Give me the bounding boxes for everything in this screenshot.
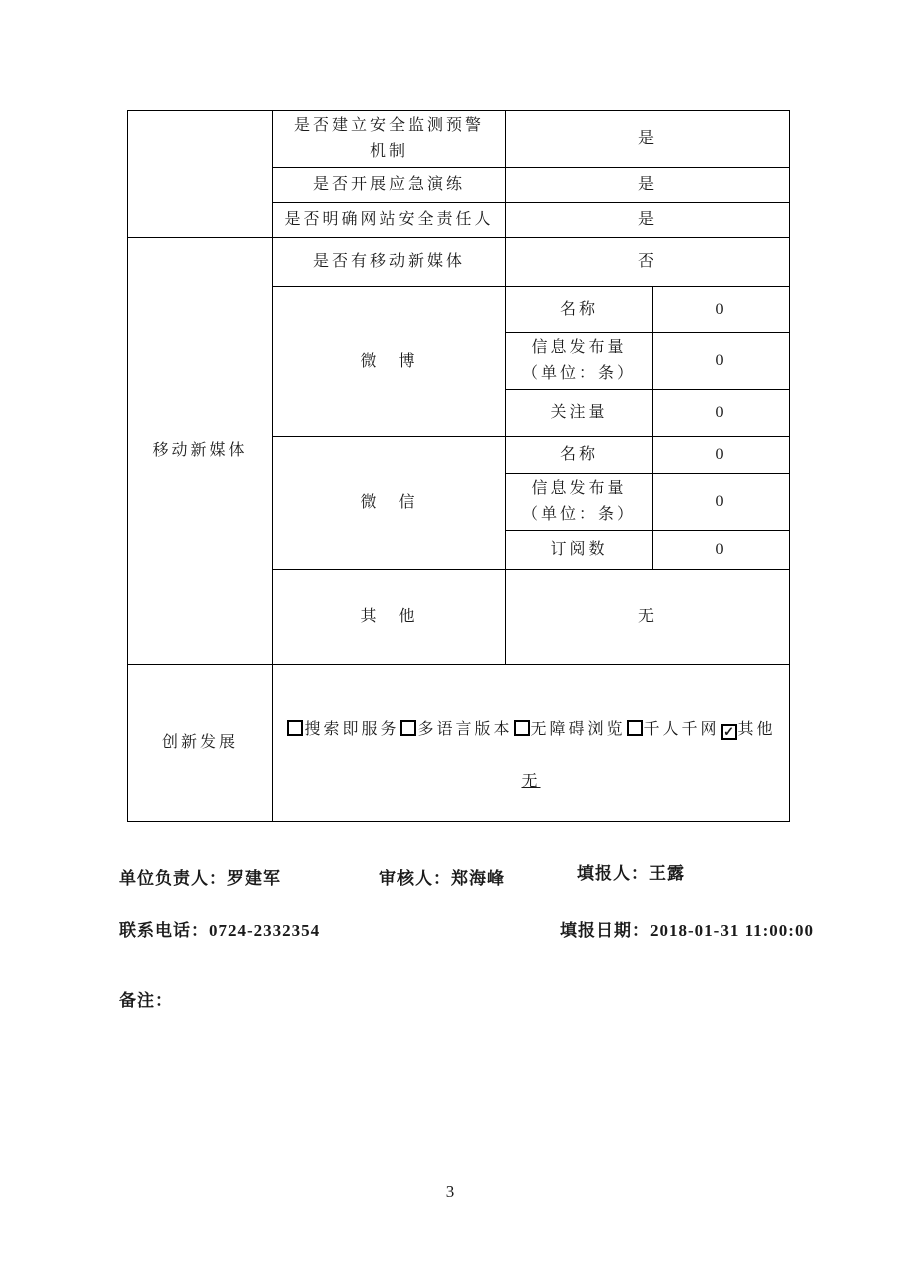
report-date-label: 填报日期： bbox=[560, 921, 650, 940]
weibo-name-label: 名称 bbox=[506, 287, 653, 333]
checkbox-label: 无障碍浏览 bbox=[531, 721, 626, 738]
wechat-subscribers-value: 0 bbox=[653, 531, 790, 570]
checkbox-personalized-web[interactable] bbox=[627, 720, 643, 736]
weibo-name-value: 0 bbox=[653, 287, 790, 333]
security-officer-label: 是否明确网站安全责任人 bbox=[273, 203, 506, 238]
wechat-name-label: 名称 bbox=[506, 437, 653, 474]
phone-value: 0724-2332354 bbox=[209, 921, 320, 940]
weibo-followers-label: 关注量 bbox=[506, 390, 653, 437]
filler-field: 填报人：王露 bbox=[577, 859, 685, 884]
other-media-label: 其 他 bbox=[273, 570, 506, 665]
remarks-field: 备注： bbox=[119, 986, 173, 1011]
unit-head-field: 单位负责人：罗建军 bbox=[119, 864, 281, 889]
phone-label: 联系电话： bbox=[119, 921, 209, 940]
checkbox-label: 搜索即服务 bbox=[304, 721, 399, 738]
unit-head-label: 单位负责人： bbox=[119, 869, 227, 888]
checkbox-label: 其他 bbox=[738, 721, 776, 738]
reviewer-label: 审核人： bbox=[379, 869, 451, 888]
has-mobile-media-label: 是否有移动新媒体 bbox=[273, 238, 506, 287]
checkbox-accessibility[interactable] bbox=[514, 720, 530, 736]
report-date-value: 2018-01-31 11:00:00 bbox=[650, 921, 814, 940]
wechat-label: 微 信 bbox=[273, 437, 506, 570]
wechat-subscribers-label: 订阅数 bbox=[506, 531, 653, 570]
checkbox-multilingual[interactable] bbox=[400, 720, 416, 736]
filler-value: 王露 bbox=[649, 864, 685, 883]
checkbox-label: 多语言版本 bbox=[417, 721, 512, 738]
other-media-value: 无 bbox=[506, 570, 790, 665]
phone-field: 联系电话：0724-2332354 bbox=[119, 916, 320, 941]
table-row: 创新发展 搜索即服务多语言版本无障碍浏览千人千网✓其他 无 bbox=[128, 665, 790, 822]
report-form-table: 是否建立安全监测预警 机制 是 是否开展应急演练 是 是否明确网站安全责任人 是… bbox=[127, 110, 790, 822]
security-monitor-value: 是 bbox=[506, 111, 790, 168]
section-label-empty bbox=[128, 111, 273, 238]
report-date-field: 填报日期：2018-01-31 11:00:00 bbox=[560, 916, 814, 941]
security-monitor-label: 是否建立安全监测预警 机制 bbox=[273, 111, 506, 168]
mobile-media-section-label: 移动新媒体 bbox=[128, 238, 273, 665]
unit-head-value: 罗建军 bbox=[227, 869, 281, 888]
innovation-options-cell: 搜索即服务多语言版本无障碍浏览千人千网✓其他 无 bbox=[273, 665, 790, 822]
weibo-posts-value: 0 bbox=[653, 333, 790, 390]
reviewer-field: 审核人：郑海峰 bbox=[379, 864, 505, 889]
weibo-posts-label: 信息发布量 （单位：条） bbox=[506, 333, 653, 390]
filler-label: 填报人： bbox=[577, 864, 649, 883]
has-mobile-media-value: 否 bbox=[506, 238, 790, 287]
wechat-posts-label: 信息发布量 （单位：条） bbox=[506, 474, 653, 531]
wechat-posts-value: 0 bbox=[653, 474, 790, 531]
wechat-name-value: 0 bbox=[653, 437, 790, 474]
emergency-drill-label: 是否开展应急演练 bbox=[273, 168, 506, 203]
checkbox-search-as-service[interactable] bbox=[287, 720, 303, 736]
checkbox-other[interactable]: ✓ bbox=[721, 724, 737, 740]
emergency-drill-value: 是 bbox=[506, 168, 790, 203]
document-page: 是否建立安全监测预警 机制 是 是否开展应急演练 是 是否明确网站安全责任人 是… bbox=[0, 0, 900, 1272]
weibo-label: 微 博 bbox=[273, 287, 506, 437]
table-row: 是否建立安全监测预警 机制 是 bbox=[128, 111, 790, 168]
security-officer-value: 是 bbox=[506, 203, 790, 238]
innovation-section-label: 创新发展 bbox=[128, 665, 273, 822]
reviewer-value: 郑海峰 bbox=[451, 869, 505, 888]
checkbox-label: 千人千网 bbox=[644, 721, 720, 738]
innovation-other-value: 无 bbox=[522, 773, 541, 790]
remarks-label: 备注： bbox=[119, 991, 173, 1010]
weibo-followers-value: 0 bbox=[653, 390, 790, 437]
table-row: 移动新媒体 是否有移动新媒体 否 bbox=[128, 238, 790, 287]
page-number: 3 bbox=[0, 1182, 900, 1202]
